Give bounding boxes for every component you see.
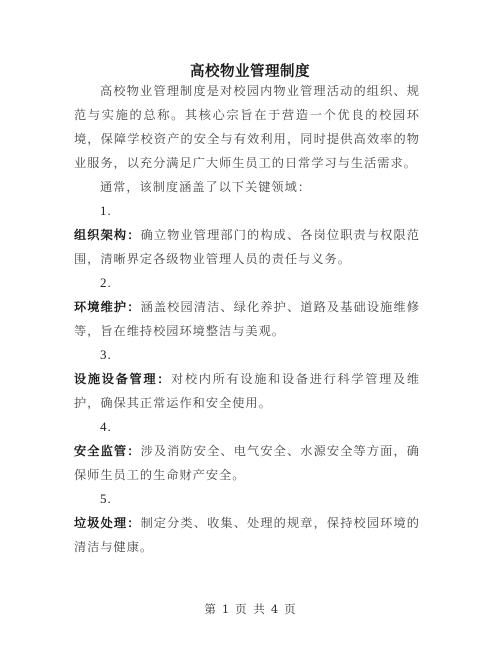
list-item: 设施设备管理：对校内所有设施和设备进行科学管理及维护，确保其正常运作和安全使用。 bbox=[74, 367, 420, 415]
page-label-mid: 页 共 bbox=[235, 602, 265, 616]
document-body: 高校物业管理制度是对校园内物业管理活动的组织、规范与实施的总称。其核心宗旨在于营… bbox=[74, 79, 420, 559]
document-title: 高校物业管理制度 bbox=[0, 60, 500, 81]
item-number: 1. bbox=[74, 199, 420, 223]
total-pages: 4 bbox=[271, 602, 278, 616]
item-heading: 安全监管： bbox=[74, 444, 141, 458]
current-page: 1 bbox=[222, 602, 229, 616]
item-heading: 垃圾处理： bbox=[74, 516, 141, 530]
intro-paragraph: 高校物业管理制度是对校园内物业管理活动的组织、规范与实施的总称。其核心宗旨在于营… bbox=[74, 79, 420, 175]
lead-paragraph: 通常，该制度涵盖了以下关键领域： bbox=[74, 175, 420, 199]
item-number: 2. bbox=[74, 271, 420, 295]
page-label-prefix: 第 bbox=[204, 602, 216, 616]
list-item: 垃圾处理：制定分类、收集、处理的规章，保持校园环境的清洁与健康。 bbox=[74, 511, 420, 559]
item-number: 5. bbox=[74, 487, 420, 511]
item-number: 4. bbox=[74, 415, 420, 439]
page-label-suffix: 页 bbox=[284, 602, 296, 616]
list-item: 安全监管：涉及消防安全、电气安全、水源安全等方面，确保师生员工的生命财产安全。 bbox=[74, 439, 420, 487]
document-page: 高校物业管理制度 高校物业管理制度是对校园内物业管理活动的组织、规范与实施的总称… bbox=[0, 0, 500, 647]
list-item: 环境维护：涵盖校园清洁、绿化养护、道路及基础设施维修等，旨在维持校园环境整洁与美… bbox=[74, 295, 420, 343]
item-heading: 环境维护： bbox=[74, 300, 141, 314]
item-number: 3. bbox=[74, 343, 420, 367]
item-heading: 设施设备管理： bbox=[74, 372, 171, 386]
page-footer: 第1页 共4页 bbox=[0, 601, 500, 617]
item-heading: 组织架构： bbox=[74, 228, 141, 242]
list-item: 组织架构：确立物业管理部门的构成、各岗位职责与权限范围，清晰界定各级物业管理人员… bbox=[74, 223, 420, 271]
